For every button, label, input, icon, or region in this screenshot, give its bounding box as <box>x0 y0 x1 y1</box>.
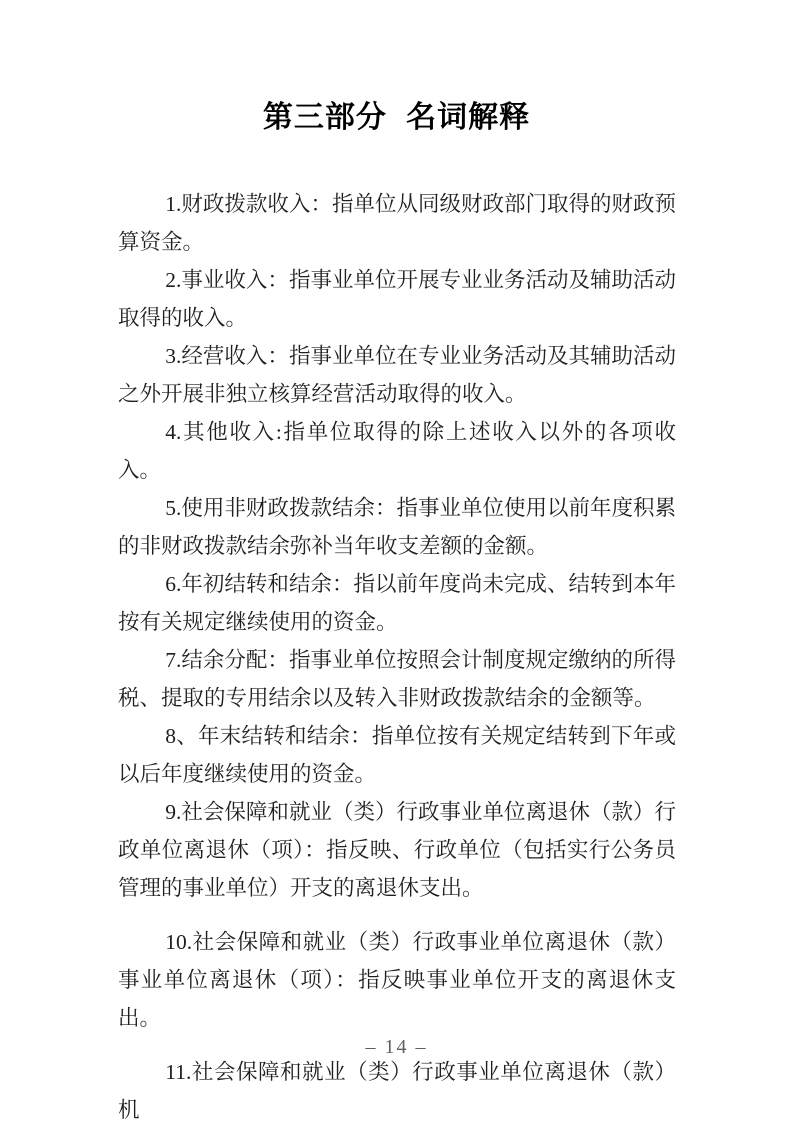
glossary-paragraph-10: 10.社会保障和就业（类）行政事业单位离退休（款）事业单位离退休（项）：指反映事… <box>118 923 676 1037</box>
glossary-paragraph-5: 5.使用非财政拨款结余：指事业单位使用以前年度积累的非财政拨款结余弥补当年收支差… <box>118 489 676 565</box>
glossary-paragraph-8: 8、年末结转和结余：指单位按有关规定结转到下年或以后年度继续使用的资金。 <box>118 717 676 793</box>
glossary-paragraph-4: 4.其他收入:指单位取得的除上述收入以外的各项收入。 <box>118 413 676 489</box>
glossary-paragraph-2: 2.事业收入：指事业单位开展专业业务活动及辅助活动取得的收入。 <box>118 261 676 337</box>
page-number: – 14 – <box>0 1034 793 1060</box>
glossary-paragraph-11: 11.社会保障和就业（类）行政事业单位离退休（款）机 <box>118 1053 676 1122</box>
glossary-body: 1.财政拨款收入：指单位从同级财政部门取得的财政预算资金。 2.事业收入：指事业… <box>118 185 676 1122</box>
glossary-paragraph-6: 6.年初结转和结余：指以前年度尚未完成、结转到本年按有关规定继续使用的资金。 <box>118 565 676 641</box>
glossary-paragraph-3: 3.经营收入：指事业单位在专业业务活动及其辅助活动之外开展非独立核算经营活动取得… <box>118 337 676 413</box>
glossary-paragraph-1: 1.财政拨款收入：指单位从同级财政部门取得的财政预算资金。 <box>118 185 676 261</box>
document-page: 第三部分 名词解释 1.财政拨款收入：指单位从同级财政部门取得的财政预算资金。 … <box>0 0 793 1122</box>
glossary-paragraph-9: 9.社会保障和就业（类）行政事业单位离退休（款）行政单位离退休（项）：指反映、行… <box>118 793 676 907</box>
page-title: 第三部分 名词解释 <box>0 96 793 140</box>
glossary-paragraph-7: 7.结余分配：指事业单位按照会计制度规定缴纳的所得税、提取的专用结余以及转入非财… <box>118 641 676 717</box>
